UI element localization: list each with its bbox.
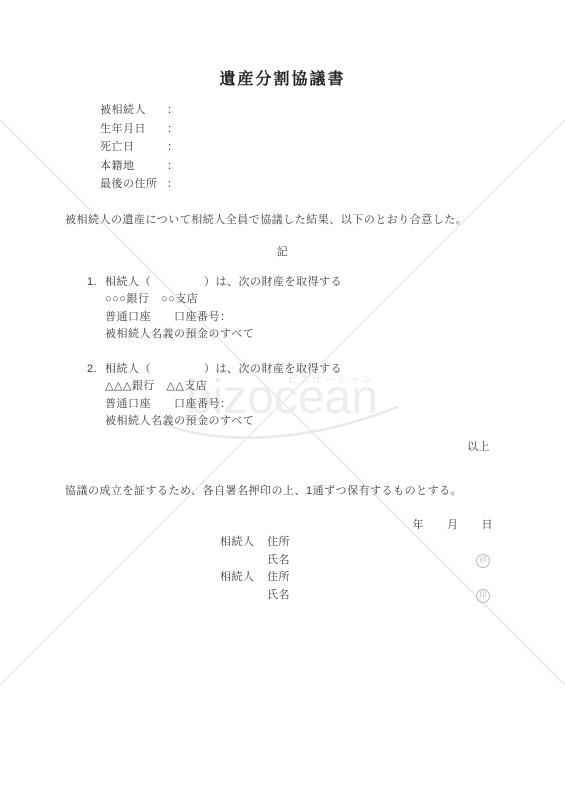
field-row-birthdate: 生年月日： [100, 120, 179, 139]
item-heir-pre: 相続人（ [105, 363, 151, 375]
field-label: 生年月日 [100, 120, 167, 139]
field-colon: ： [167, 123, 179, 135]
item-heir-post: ）は、次の財産を取得する [204, 363, 342, 375]
item-number: 2. [87, 361, 105, 378]
closing-marker: 以上 [467, 441, 490, 454]
document-page: ビズオーシャン bizocean 遺産分割協議書 被相続人： 生年月日： 死亡日… [0, 0, 565, 800]
item-bank-line: ○○○銀行 ○○支店 [87, 291, 342, 308]
item-line-1: 1.相続人（）は、次の財産を取得する [87, 274, 342, 291]
seal-placeholder-icon: 印 [476, 554, 490, 568]
document-title: 遺産分割協議書 [0, 71, 565, 89]
signature-role: 相続人 [220, 569, 267, 587]
item-bank-line: △△△銀行 △△支店 [87, 378, 342, 395]
item-line-1: 2.相続人（）は、次の財産を取得する [87, 361, 342, 378]
item-account-line: 普通口座 口座番号： [87, 396, 342, 413]
item-account-line: 普通口座 口座番号： [87, 309, 342, 326]
item-asset-line: 被相続人名義の預金のすべて [87, 413, 342, 430]
agreement-item-2: 2.相続人（）は、次の財産を取得する △△△銀行 △△支店 普通口座 口座番号：… [87, 361, 342, 431]
signature-label: 住所 [267, 571, 290, 583]
section-marker: 記 [0, 246, 565, 259]
deceased-info-fields: 被相続人： 生年月日： 死亡日： 本籍地： 最後の住所： [100, 101, 179, 194]
intro-paragraph: 被相続人の遺産について相続人全員で協議した結果、以下のとおり合意した。 [65, 214, 497, 227]
date-placeholder: 年 月 日 [413, 519, 494, 532]
item-number: 1. [87, 274, 105, 291]
agreement-item-1: 1.相続人（）は、次の財産を取得する ○○○銀行 ○○支店 普通口座 口座番号：… [87, 274, 342, 344]
closing-statement: 協議の成立を証するため、各自署名押印の上、1通ずつ保有するものとする。 [65, 485, 497, 498]
signature-row-address: 相続人住所 [220, 534, 290, 552]
signature-block: 相続人住所 氏名 相続人住所 氏名 [220, 534, 290, 604]
field-row-domicile: 本籍地： [100, 157, 179, 176]
field-colon: ： [167, 178, 179, 190]
field-label: 死亡日 [100, 138, 167, 157]
item-asset-line: 被相続人名義の預金のすべて [87, 326, 342, 343]
field-colon: ： [167, 104, 179, 116]
signature-label: 住所 [267, 536, 290, 548]
field-label: 被相続人 [100, 101, 167, 120]
signature-row-address: 相続人住所 [220, 569, 290, 587]
item-heir-post: ）は、次の財産を取得する [204, 276, 342, 288]
field-label: 最後の住所 [100, 175, 167, 194]
signature-label: 氏名 [267, 589, 290, 601]
item-heir-pre: 相続人（ [105, 276, 151, 288]
document-content: 遺産分割協議書 被相続人： 生年月日： 死亡日： 本籍地： 最後の住所： 被相続… [0, 0, 565, 800]
signature-label: 氏名 [267, 554, 290, 566]
field-row-deceased: 被相続人： [100, 101, 179, 120]
signature-row-name: 氏名 [220, 587, 290, 605]
field-label: 本籍地 [100, 157, 167, 176]
signature-role: 相続人 [220, 534, 267, 552]
field-row-last-address: 最後の住所： [100, 175, 179, 194]
signature-row-name: 氏名 [220, 552, 290, 570]
seal-placeholder-icon: 印 [476, 589, 490, 603]
field-colon: ： [167, 160, 179, 172]
field-colon: ： [167, 141, 179, 153]
field-row-deathdate: 死亡日： [100, 138, 179, 157]
